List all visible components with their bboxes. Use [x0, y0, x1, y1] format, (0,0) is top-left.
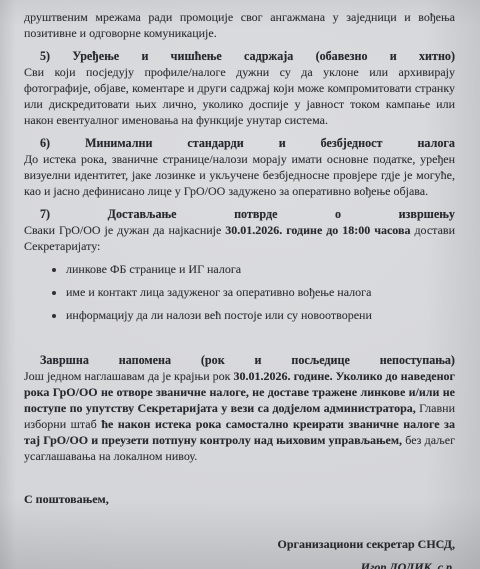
heading-word: и: [141, 48, 148, 64]
closing-note-body: Још једном наглашавам да је крајњи рок 3…: [24, 368, 455, 464]
heading-word: Достављање: [108, 206, 177, 222]
heading-word: и: [255, 352, 262, 368]
signer-name: Игор ДОДИК, с.р.: [24, 559, 455, 569]
intro-paragraph: друштвеним мрежама ради промоције свог а…: [24, 9, 455, 41]
deliverables-list: линкове ФБ странице и ИГ налога име и ко…: [24, 261, 455, 323]
heading-word: чишћење: [171, 48, 222, 64]
list-item: информацију да ли налози већ постоје или…: [66, 307, 455, 323]
heading-word: и: [279, 135, 286, 151]
heading-word: (обавезно: [316, 48, 368, 64]
heading-word: посљедице: [291, 352, 349, 368]
heading-word: напомена: [119, 352, 171, 368]
heading-word: Минимални: [85, 135, 152, 151]
section-6-body: До истека рока, званичне странице/налози…: [24, 151, 455, 199]
heading-word: о: [335, 206, 341, 222]
heading-word: Завршна: [40, 352, 89, 368]
section-5-heading: 5) Уређење и чишћење садржаја (обавезно …: [24, 48, 455, 64]
heading-word: хитно): [419, 48, 455, 64]
heading-word: и: [390, 48, 397, 64]
signer-role: Организациони секретар СНСД,: [24, 536, 455, 552]
signature-block: Организациони секретар СНСД, Игор ДОДИК,…: [24, 536, 455, 569]
heading-word: Уређење: [72, 48, 119, 64]
closing-note-heading: Завршна напомена (рок и посљедице непост…: [24, 352, 455, 368]
heading-word: безбједност: [321, 135, 383, 151]
list-item: име и контакт лица задуженог за оператив…: [66, 284, 455, 300]
section-7-heading: 7) Достављање потврде о извршењу: [24, 206, 455, 222]
heading-word: налога: [417, 135, 455, 151]
section-number: 6): [40, 135, 50, 151]
heading-word: садржаја: [244, 48, 293, 64]
heading-word: непоступања): [380, 352, 455, 368]
document-page: друштвеним мрежама ради промоције свог а…: [0, 0, 480, 569]
section-number: 5): [40, 48, 50, 64]
heading-word: (рок: [201, 352, 225, 368]
heading-word: потврде: [234, 206, 277, 222]
salutation: С поштовањем,: [24, 491, 455, 507]
heading-word: стандарди: [187, 135, 243, 151]
body-text: Још једном наглашавам да је крајњи рок: [24, 369, 234, 383]
section-number: 7): [40, 206, 50, 222]
section-5-body: Сви који посједују профиле/налоге дужни …: [24, 64, 455, 128]
list-item: линкове ФБ странице и ИГ налога: [66, 261, 455, 277]
section-7-body: Сваки ГрО/ОО је дужан да најкасније 30.0…: [24, 222, 455, 254]
deadline-text: 30.01.2026. године до 18:00 часова: [225, 223, 410, 237]
body-text: Сваки ГрО/ОО је дужан да најкасније: [24, 223, 225, 237]
section-6-heading: 6) Минимални стандарди и безбједност нал…: [24, 135, 455, 151]
heading-word: извршењу: [399, 206, 455, 222]
